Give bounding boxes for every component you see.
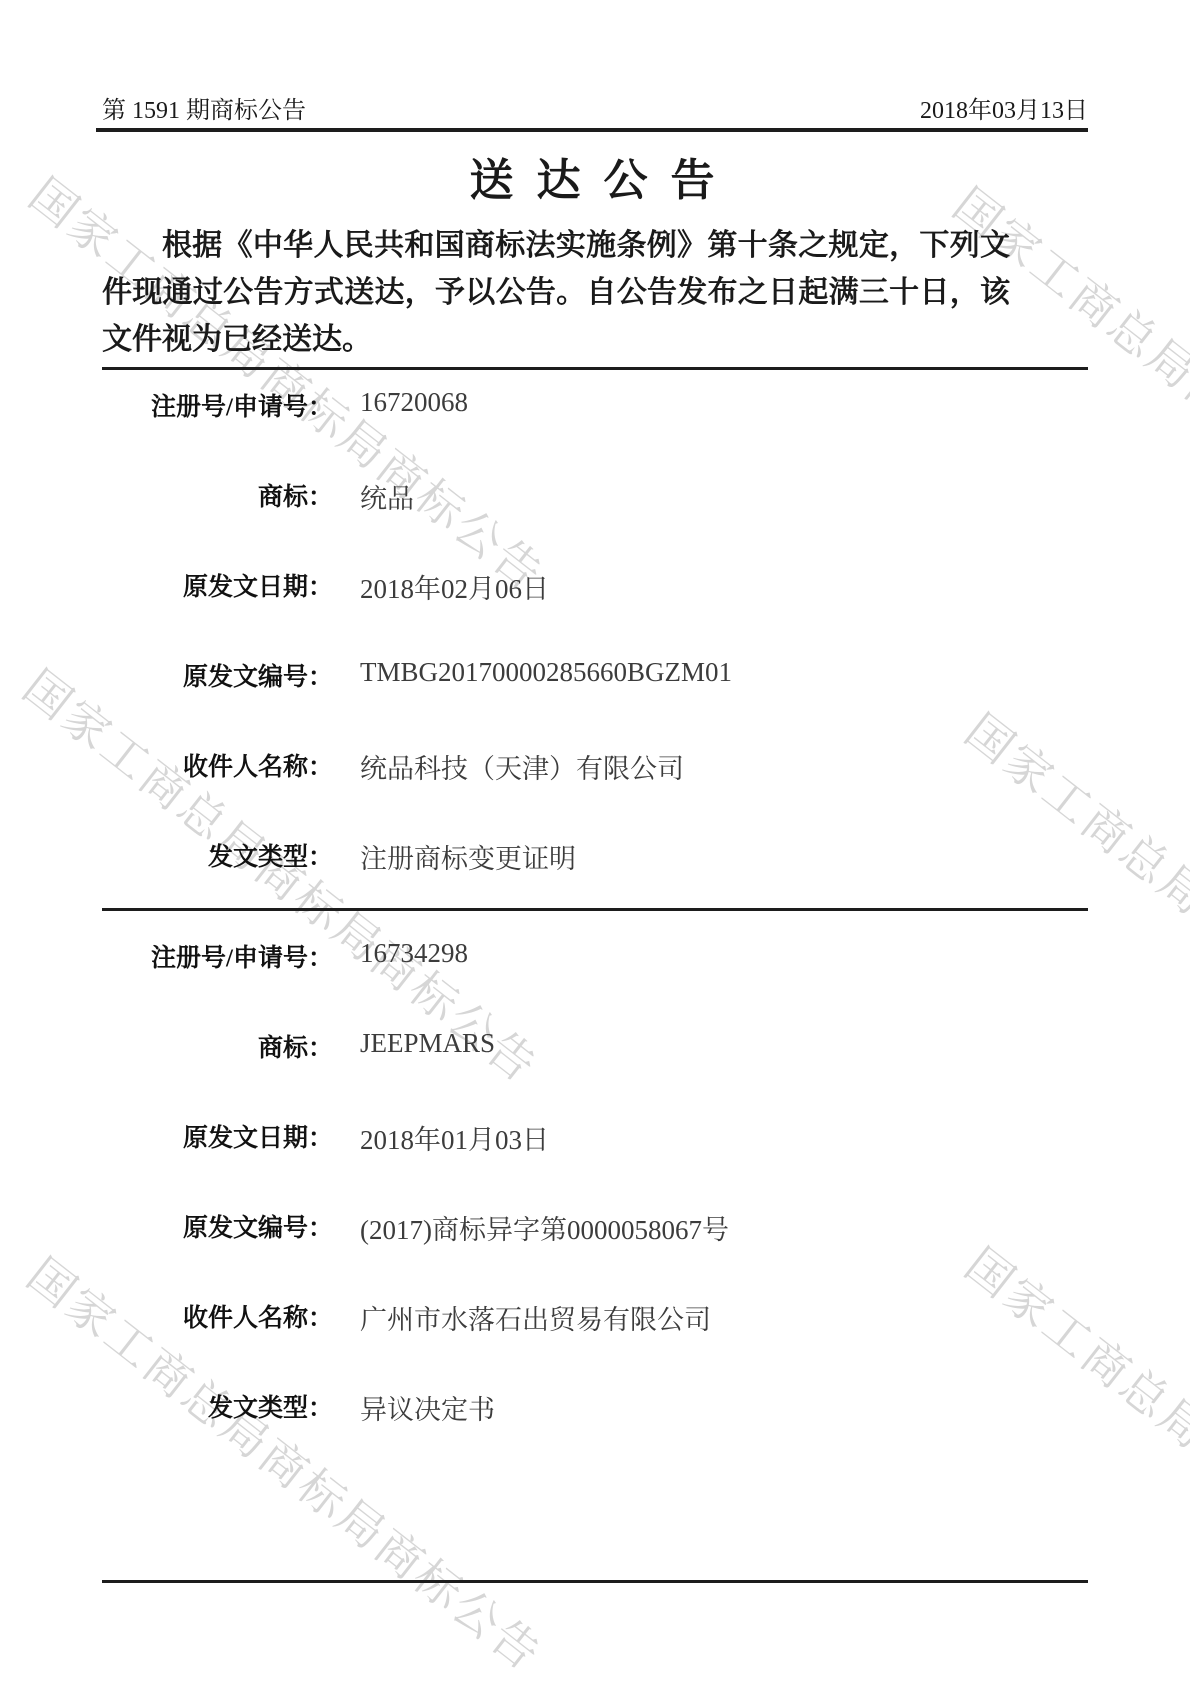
field-value: 16720068 — [360, 387, 468, 418]
field-label: 原发文编号： — [0, 657, 333, 693]
field-value: 广州市水落石出贸易有限公司 — [360, 1298, 711, 1337]
field-value: 统品 — [360, 477, 414, 516]
section-divider — [102, 908, 1088, 911]
field-label: 原发文日期： — [0, 567, 333, 603]
field-value: 统品科技（天津）有限公司 — [360, 747, 684, 786]
field-value: 异议决定书 — [360, 1388, 495, 1427]
field-value: (2017)商标异字第0000058067号 — [360, 1208, 729, 1247]
page-title: 送 达 公 告 — [0, 144, 1190, 208]
record2-original-issue-date-row: 原发文日期： 2018年01月03日 — [0, 1118, 1190, 1154]
gazette-issue-label: 第 1591 期商标公告 — [102, 90, 306, 125]
field-value: JEEPMARS — [360, 1028, 495, 1059]
field-label: 原发文编号： — [0, 1208, 333, 1244]
record1-trademark-row: 商标： 统品 — [0, 477, 1190, 513]
field-label: 注册号/申请号： — [0, 938, 333, 974]
field-value: TMBG20170000285660BGZM01 — [360, 657, 732, 688]
record2-document-type-row: 发文类型： 异议决定书 — [0, 1388, 1190, 1424]
intro-paragraph: 根据《中华人民共和国商标法实施条例》第十条之规定，下列文件现通过公告方式送达，予… — [102, 222, 1010, 363]
field-value: 16734298 — [360, 938, 468, 969]
watermark-text: 国家工商总局商标局商标公告 — [953, 1230, 1190, 1674]
field-label: 原发文日期： — [0, 1118, 333, 1154]
gazette-date: 2018年03月13日 — [920, 90, 1088, 125]
field-value: 2018年02月06日 — [360, 567, 549, 606]
field-value: 2018年01月03日 — [360, 1118, 549, 1157]
record2-trademark-row: 商标： JEEPMARS — [0, 1028, 1190, 1064]
record2-registration-number-row: 注册号/申请号： 16734298 — [0, 938, 1190, 974]
record1-original-issue-date-row: 原发文日期： 2018年02月06日 — [0, 567, 1190, 603]
record2-original-document-number-row: 原发文编号： (2017)商标异字第0000058067号 — [0, 1208, 1190, 1244]
record1-registration-number-row: 注册号/申请号： 16720068 — [0, 387, 1190, 423]
record1-original-document-number-row: 原发文编号： TMBG20170000285660BGZM01 — [0, 657, 1190, 693]
header-rule — [96, 128, 1088, 132]
field-label: 发文类型： — [0, 1388, 333, 1424]
section-divider — [102, 367, 1088, 370]
gazette-page: 国家工商总局商标局商标公告 国家工商总局商标局商标公告 国家工商总局商标局商标公… — [0, 0, 1190, 1684]
record1-recipient-name-row: 收件人名称： 统品科技（天津）有限公司 — [0, 747, 1190, 783]
field-label: 注册号/申请号： — [0, 387, 333, 423]
field-value: 注册商标变更证明 — [360, 837, 576, 876]
field-label: 商标： — [0, 1028, 333, 1064]
field-label: 收件人名称： — [0, 1298, 333, 1334]
record1-document-type-row: 发文类型： 注册商标变更证明 — [0, 837, 1190, 873]
field-label: 发文类型： — [0, 837, 333, 873]
field-label: 收件人名称： — [0, 747, 333, 783]
bottom-rule — [102, 1580, 1088, 1583]
record2-recipient-name-row: 收件人名称： 广州市水落石出贸易有限公司 — [0, 1298, 1190, 1334]
field-label: 商标： — [0, 477, 333, 513]
